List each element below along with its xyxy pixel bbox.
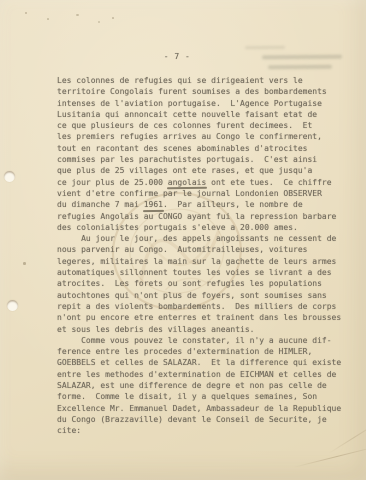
text-line: refugies Angolais au CONGO ayant fui la … [57, 211, 357, 222]
paper-speck [98, 21, 100, 23]
punch-hole-top [4, 171, 15, 182]
text-line: commises par les parachutistes portugais… [57, 154, 357, 165]
text-line: intenses de l'aviation portugaise. L'Age… [57, 98, 357, 109]
text-line: du dimanche 7 mai 1961. Par ailleurs, le… [57, 199, 357, 210]
paper-speck [47, 18, 49, 20]
text-line: autochtones qui n'ont plus de foyers, so… [57, 290, 357, 301]
text-line: nous parvenir au Congo. Automitrailleuse… [57, 244, 357, 255]
text-line: forme. Comme le disait, il y a quelques … [57, 391, 357, 402]
text-line: et sous les debris des villages aneantis… [57, 324, 357, 335]
paper-crease [293, 445, 366, 468]
text-line: automatiques sillonnent toutes les voies… [57, 267, 357, 278]
text-line: cite: [57, 425, 357, 436]
text-line: Au jour le jour, des appels angoissants … [57, 233, 357, 244]
text-line: atrocites. Les forets ou sont refugies l… [57, 278, 357, 289]
text-line: territoire Congolais furent soumises a d… [57, 86, 357, 97]
text-line: Lusitania qui annoncait cette nouvelle f… [57, 109, 357, 120]
punch-hole-bottom [7, 300, 18, 311]
text-line: n'ont pu encore etre enterres et trainen… [57, 312, 357, 323]
page-number: - 7 - [57, 51, 297, 62]
ink-offset-smudge [245, 46, 285, 49]
ink-offset-smudge [268, 65, 332, 70]
text-line: tout en racontant des scenes abominables… [57, 143, 357, 154]
text-line: Comme vous pouvez le constater, il n'y a… [57, 335, 357, 346]
paper-speck [25, 12, 27, 14]
text-line: legeres, militaires la main sur la gache… [57, 256, 357, 267]
text-line: SALAZAR, est une difference de degre et … [57, 380, 357, 391]
paper-speck [76, 14, 79, 16]
text-line: des colonialistes portugais s'eleve a 20… [57, 222, 357, 233]
pencil-underline-1961 [143, 209, 164, 211]
text-line: vient d'etre confirme par le journal Lon… [57, 188, 357, 199]
paper-speck [112, 17, 114, 19]
scanned-typewritten-page: - 7 - Les colonnes de refugies qui se di… [0, 0, 366, 480]
text-line: repit a des violents bombardements. Des … [57, 301, 357, 312]
document-body: Les colonnes de refugies qui se dirigeai… [57, 75, 357, 437]
text-line: Les colonnes de refugies qui se dirigeai… [57, 75, 357, 86]
paper-speck [23, 262, 26, 265]
text-line: Excellence Mr. Emmanuel Dadet, Ambassade… [57, 403, 357, 414]
text-line: entre les methodes d'extermination de EI… [57, 369, 357, 380]
text-line: que plus de 25 villages ont ete rases, e… [57, 165, 357, 176]
text-line: ce que plusieurs de ces colonnes furent … [57, 120, 357, 131]
text-line: les premiers refugies arrives au Congo l… [57, 131, 357, 142]
text-line: ce jour plus de 25.000 angolais ont ete … [57, 177, 357, 188]
text-line: ference entre les procedes d'exterminati… [57, 346, 357, 357]
text-line: GOEBBELS et celles de SALAZAR. Et la dif… [57, 357, 357, 368]
text-line: du Congo (Brazzaville) devant le Conseil… [57, 414, 357, 425]
